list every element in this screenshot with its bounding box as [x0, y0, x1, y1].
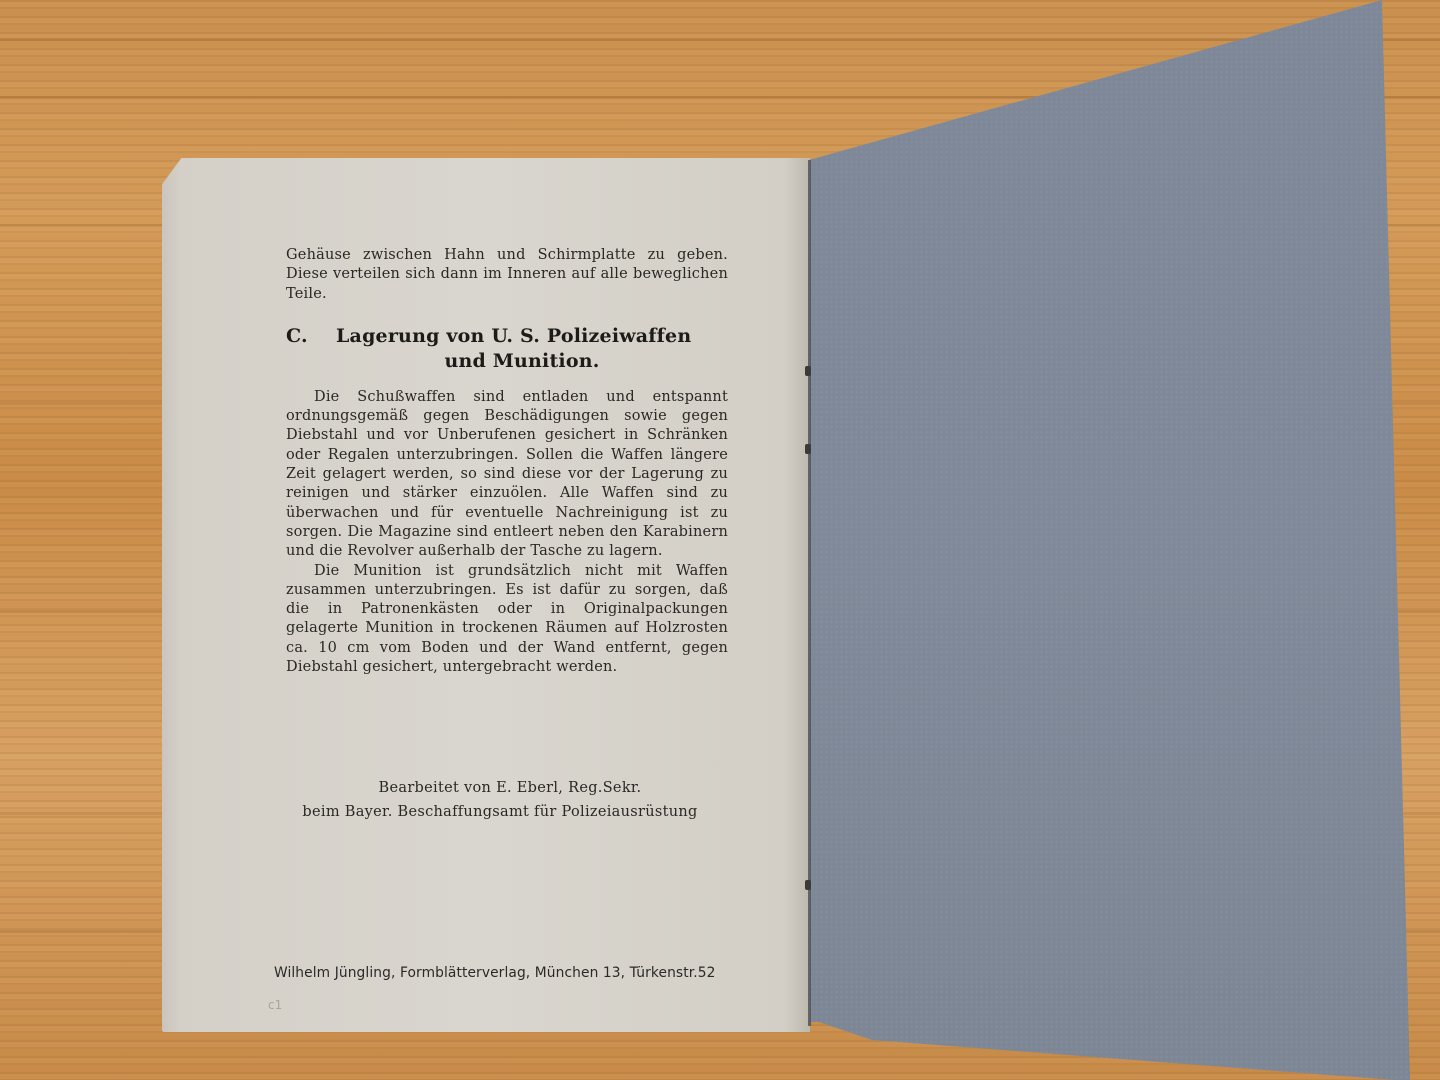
- body-paragraph-weapons: Die Schußwaffen sind entladen und entspa…: [286, 388, 728, 562]
- intro-paragraph: Gehäuse zwischen Hahn und Schirmplatte z…: [286, 246, 728, 304]
- section-title-line2: und Munition.: [286, 349, 728, 374]
- signature-line1: Bearbeitet von E. Eberl, Reg.Sekr.: [270, 776, 730, 800]
- signature-line2: beim Bayer. Beschaffungsamt für Polizeia…: [270, 800, 730, 824]
- page-mark: c1: [268, 998, 282, 1012]
- staple-stitch: [805, 366, 811, 376]
- staple-stitch: [805, 444, 811, 454]
- open-booklet: Gehäuse zwischen Hahn und Schirmplatte z…: [0, 0, 1440, 1080]
- page-content: Gehäuse zwischen Hahn und Schirmplatte z…: [286, 246, 728, 677]
- publisher-imprint: Wilhelm Jüngling, Formblätterverlag, Mün…: [274, 965, 744, 981]
- body-paragraph-ammunition: Die Munition ist grundsätzlich nicht mit…: [286, 562, 728, 678]
- section-title-line1: Lagerung von U. S. Polizeiwaffen: [336, 325, 691, 347]
- section-heading: C.Lagerung von U. S. Polizeiwaffen und M…: [286, 324, 728, 374]
- author-signature: Bearbeitet von E. Eberl, Reg.Sekr. beim …: [270, 776, 730, 824]
- booklet-spine: [808, 160, 811, 1026]
- staple-stitch: [805, 880, 811, 890]
- section-letter: C.: [286, 324, 336, 349]
